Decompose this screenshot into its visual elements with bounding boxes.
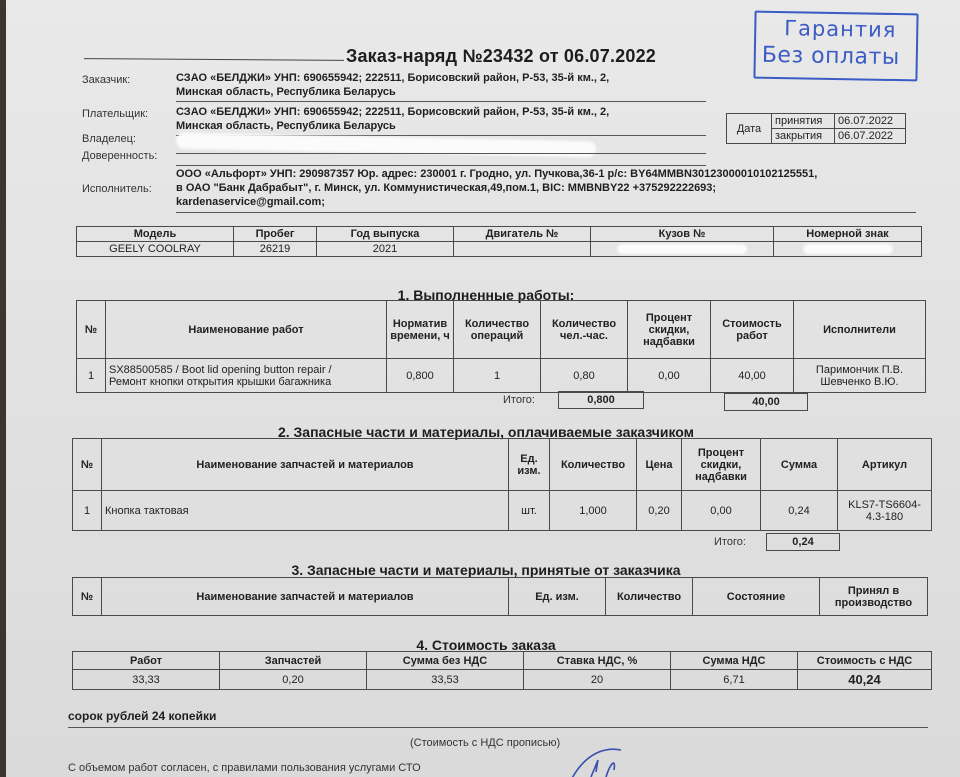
in-words-rule [68, 727, 928, 728]
parts-row-unit: шт. [509, 491, 550, 531]
works-header-name: Наименование работ [106, 301, 387, 359]
customer-parts-header-unit: Ед. изм. [509, 578, 606, 616]
cost-header-parts: Запчастей [220, 652, 367, 670]
cost-header-vat-sum: Сумма НДС [671, 652, 798, 670]
parts-header-unit: Ед. изм. [509, 439, 550, 491]
parts-row-article-line2: 4.3-180 [841, 511, 928, 523]
stamp-line1: Гарантия [784, 16, 897, 42]
cost-header-vat-rate: Ставка НДС, % [524, 652, 671, 670]
parts-header-sum: Сумма [761, 439, 838, 491]
works-header-ops: Количество операций [454, 301, 541, 359]
parts-row: 1 Кнопка тактовая шт. 1,000 0,20 0,00 0,… [73, 491, 932, 531]
cost-header-total: Стоимость с НДС [798, 652, 932, 670]
executor-rule [176, 212, 916, 213]
dates-label: Дата [727, 114, 772, 144]
poa-rule [176, 165, 706, 166]
customer-parts-header-n: № [73, 578, 102, 616]
vehicle-mileage: 26219 [234, 242, 317, 257]
closed-label: закрытия [772, 129, 835, 144]
stamp-line2: Без оплаты [762, 43, 900, 70]
cost-vat-sum: 6,71 [671, 670, 798, 690]
works-row-executor2: Шевченко В.Ю. [797, 376, 922, 388]
works-total-cost: 40,00 [724, 393, 808, 411]
works-row-discount: 0,00 [628, 359, 711, 393]
vehicle-engine [454, 242, 591, 257]
works-row: 1 SX88500585 / Boot lid opening button r… [77, 359, 926, 393]
customer-parts-table: № Наименование запчастей и материалов Ед… [72, 577, 928, 616]
vehicle-table: Модель Пробег Год выпуска Двигатель № Ку… [76, 226, 922, 257]
vehicle-body-redacted [591, 242, 774, 257]
parts-row-name: Кнопка тактовая [102, 491, 509, 531]
accepted-label: принятия [772, 114, 835, 129]
cost-header-works: Работ [73, 652, 220, 670]
works-row-name: SX88500585 / Boot lid opening button rep… [106, 359, 387, 393]
vehicle-plate-redacted [774, 242, 922, 257]
vehicle-header-engine: Двигатель № [454, 227, 591, 242]
vehicle-header-mileage: Пробег [234, 227, 317, 242]
in-words-caption: (Стоимость с НДС прописью) [410, 737, 560, 749]
closed-date: 06.07.2022 [835, 129, 906, 144]
payer-label: Плательщик: [82, 108, 148, 120]
payer-line2: Минская область, Республика Беларусь [176, 120, 396, 133]
cost-header-sum-no-vat: Сумма без НДС [367, 652, 524, 670]
cost-sum-no-vat: 33,53 [367, 670, 524, 690]
vehicle-header-plate: Номерной знак [774, 227, 922, 242]
agreement-text: С объемом работ согласен, с правилами по… [68, 762, 421, 774]
customer-line2: Минская область, Республика Беларусь [176, 86, 396, 99]
total-in-words: сорок рублей 24 копейки [68, 710, 216, 723]
customer-rule [176, 101, 706, 102]
owner-rule [176, 153, 706, 154]
parts-header-price: Цена [637, 439, 682, 491]
works-total-manhours: 0,800 [558, 391, 644, 409]
owner-label: Владелец: [82, 133, 136, 145]
works-row-executor1: Паримончик П.В. [797, 364, 922, 376]
signature-icon [566, 742, 636, 777]
customer-parts-header-accepted: Принял в производство [820, 578, 928, 616]
vehicle-year: 2021 [317, 242, 454, 257]
works-row-n: 1 [77, 359, 106, 393]
customer-label: Заказчик: [82, 74, 130, 86]
parts-header-article: Артикул [838, 439, 932, 491]
parts-row-discount: 0,00 [682, 491, 761, 531]
parts-header-name: Наименование запчастей и материалов [102, 439, 509, 491]
warranty-stamp: Гарантия Без оплаты [753, 11, 918, 82]
works-header-discount: Процент скидки, надбавки [628, 301, 711, 359]
customer-parts-header-qty: Количество [606, 578, 693, 616]
customer-parts-header-state: Состояние [693, 578, 820, 616]
parts-total-label: Итого: [714, 536, 746, 548]
title-rule [84, 58, 344, 61]
cost-vat-rate: 20 [524, 670, 671, 690]
works-total-label: Итого: [503, 394, 535, 406]
works-row-name-line1: SX88500585 / Boot lid opening button rep… [109, 364, 383, 376]
works-header-executors: Исполнители [794, 301, 926, 359]
customer-line1: СЗАО «БЕЛДЖИ» УНП: 690655942; 222511, Бо… [176, 72, 609, 85]
works-row-cost: 40,00 [711, 359, 794, 393]
parts-total-sum: 0,24 [766, 533, 840, 551]
order-cost-table: Работ Запчастей Сумма без НДС Ставка НДС… [72, 651, 932, 690]
parts-row-qty: 1,000 [550, 491, 637, 531]
parts-header-qty: Количество [550, 439, 637, 491]
vehicle-header-year: Год выпуска [317, 227, 454, 242]
vehicle-model: GEELY COOLRAY [77, 242, 234, 257]
works-header-manhours: Количество чел.-час. [541, 301, 628, 359]
vehicle-header-body: Кузов № [591, 227, 774, 242]
works-row-norm: 0,800 [387, 359, 454, 393]
work-order-document: Заказ-наряд №23432 от 06.07.2022 Гаранти… [6, 0, 960, 777]
parts-row-price: 0,20 [637, 491, 682, 531]
works-header-norm: Норматив времени, ч [387, 301, 454, 359]
cost-total: 40,24 [798, 670, 932, 690]
executor-line1: ООО «Альфорт» УНП: 290987357 Юр. адрес: … [176, 168, 817, 181]
cost-parts: 0,20 [220, 670, 367, 690]
parts-row-sum: 0,24 [761, 491, 838, 531]
parts-row-article: KLS7-TS6604- 4.3-180 [838, 491, 932, 531]
vehicle-header-model: Модель [77, 227, 234, 242]
accepted-date: 06.07.2022 [835, 114, 906, 129]
works-header-n: № [77, 301, 106, 359]
works-table: № Наименование работ Норматив времени, ч… [76, 300, 926, 393]
dates-table: Дата принятия 06.07.2022 закрытия 06.07.… [726, 113, 906, 144]
parts-table: № Наименование запчастей и материалов Ед… [72, 438, 932, 531]
works-row-executors: Паримончик П.В. Шевченко В.Ю. [794, 359, 926, 393]
customer-parts-title: 3. Запасные части и материалы, принятые … [6, 562, 960, 578]
executor-line2: в ОАО "Банк Дабрабыт", г. Минск, ул. Ком… [176, 182, 716, 195]
executor-line3: kardenaservice@gmail.com; [176, 196, 325, 209]
parts-header-discount: Процент скидки, надбавки [682, 439, 761, 491]
document-title: Заказ-наряд №23432 от 06.07.2022 [346, 46, 656, 67]
executor-label: Исполнитель: [82, 183, 152, 195]
parts-row-article-line1: KLS7-TS6604- [841, 499, 928, 511]
works-row-manhours: 0,80 [541, 359, 628, 393]
customer-parts-header-name: Наименование запчастей и материалов [102, 578, 509, 616]
payer-line1: СЗАО «БЕЛДЖИ» УНП: 690655942; 222511, Бо… [176, 106, 609, 119]
works-row-name-line2: Ремонт кнопки открытия крышки багажника [109, 376, 383, 388]
works-row-ops: 1 [454, 359, 541, 393]
parts-header-n: № [73, 439, 102, 491]
works-header-cost: Стоимость работ [711, 301, 794, 359]
poa-label: Доверенность: [82, 150, 157, 162]
parts-row-n: 1 [73, 491, 102, 531]
cost-works: 33,33 [73, 670, 220, 690]
